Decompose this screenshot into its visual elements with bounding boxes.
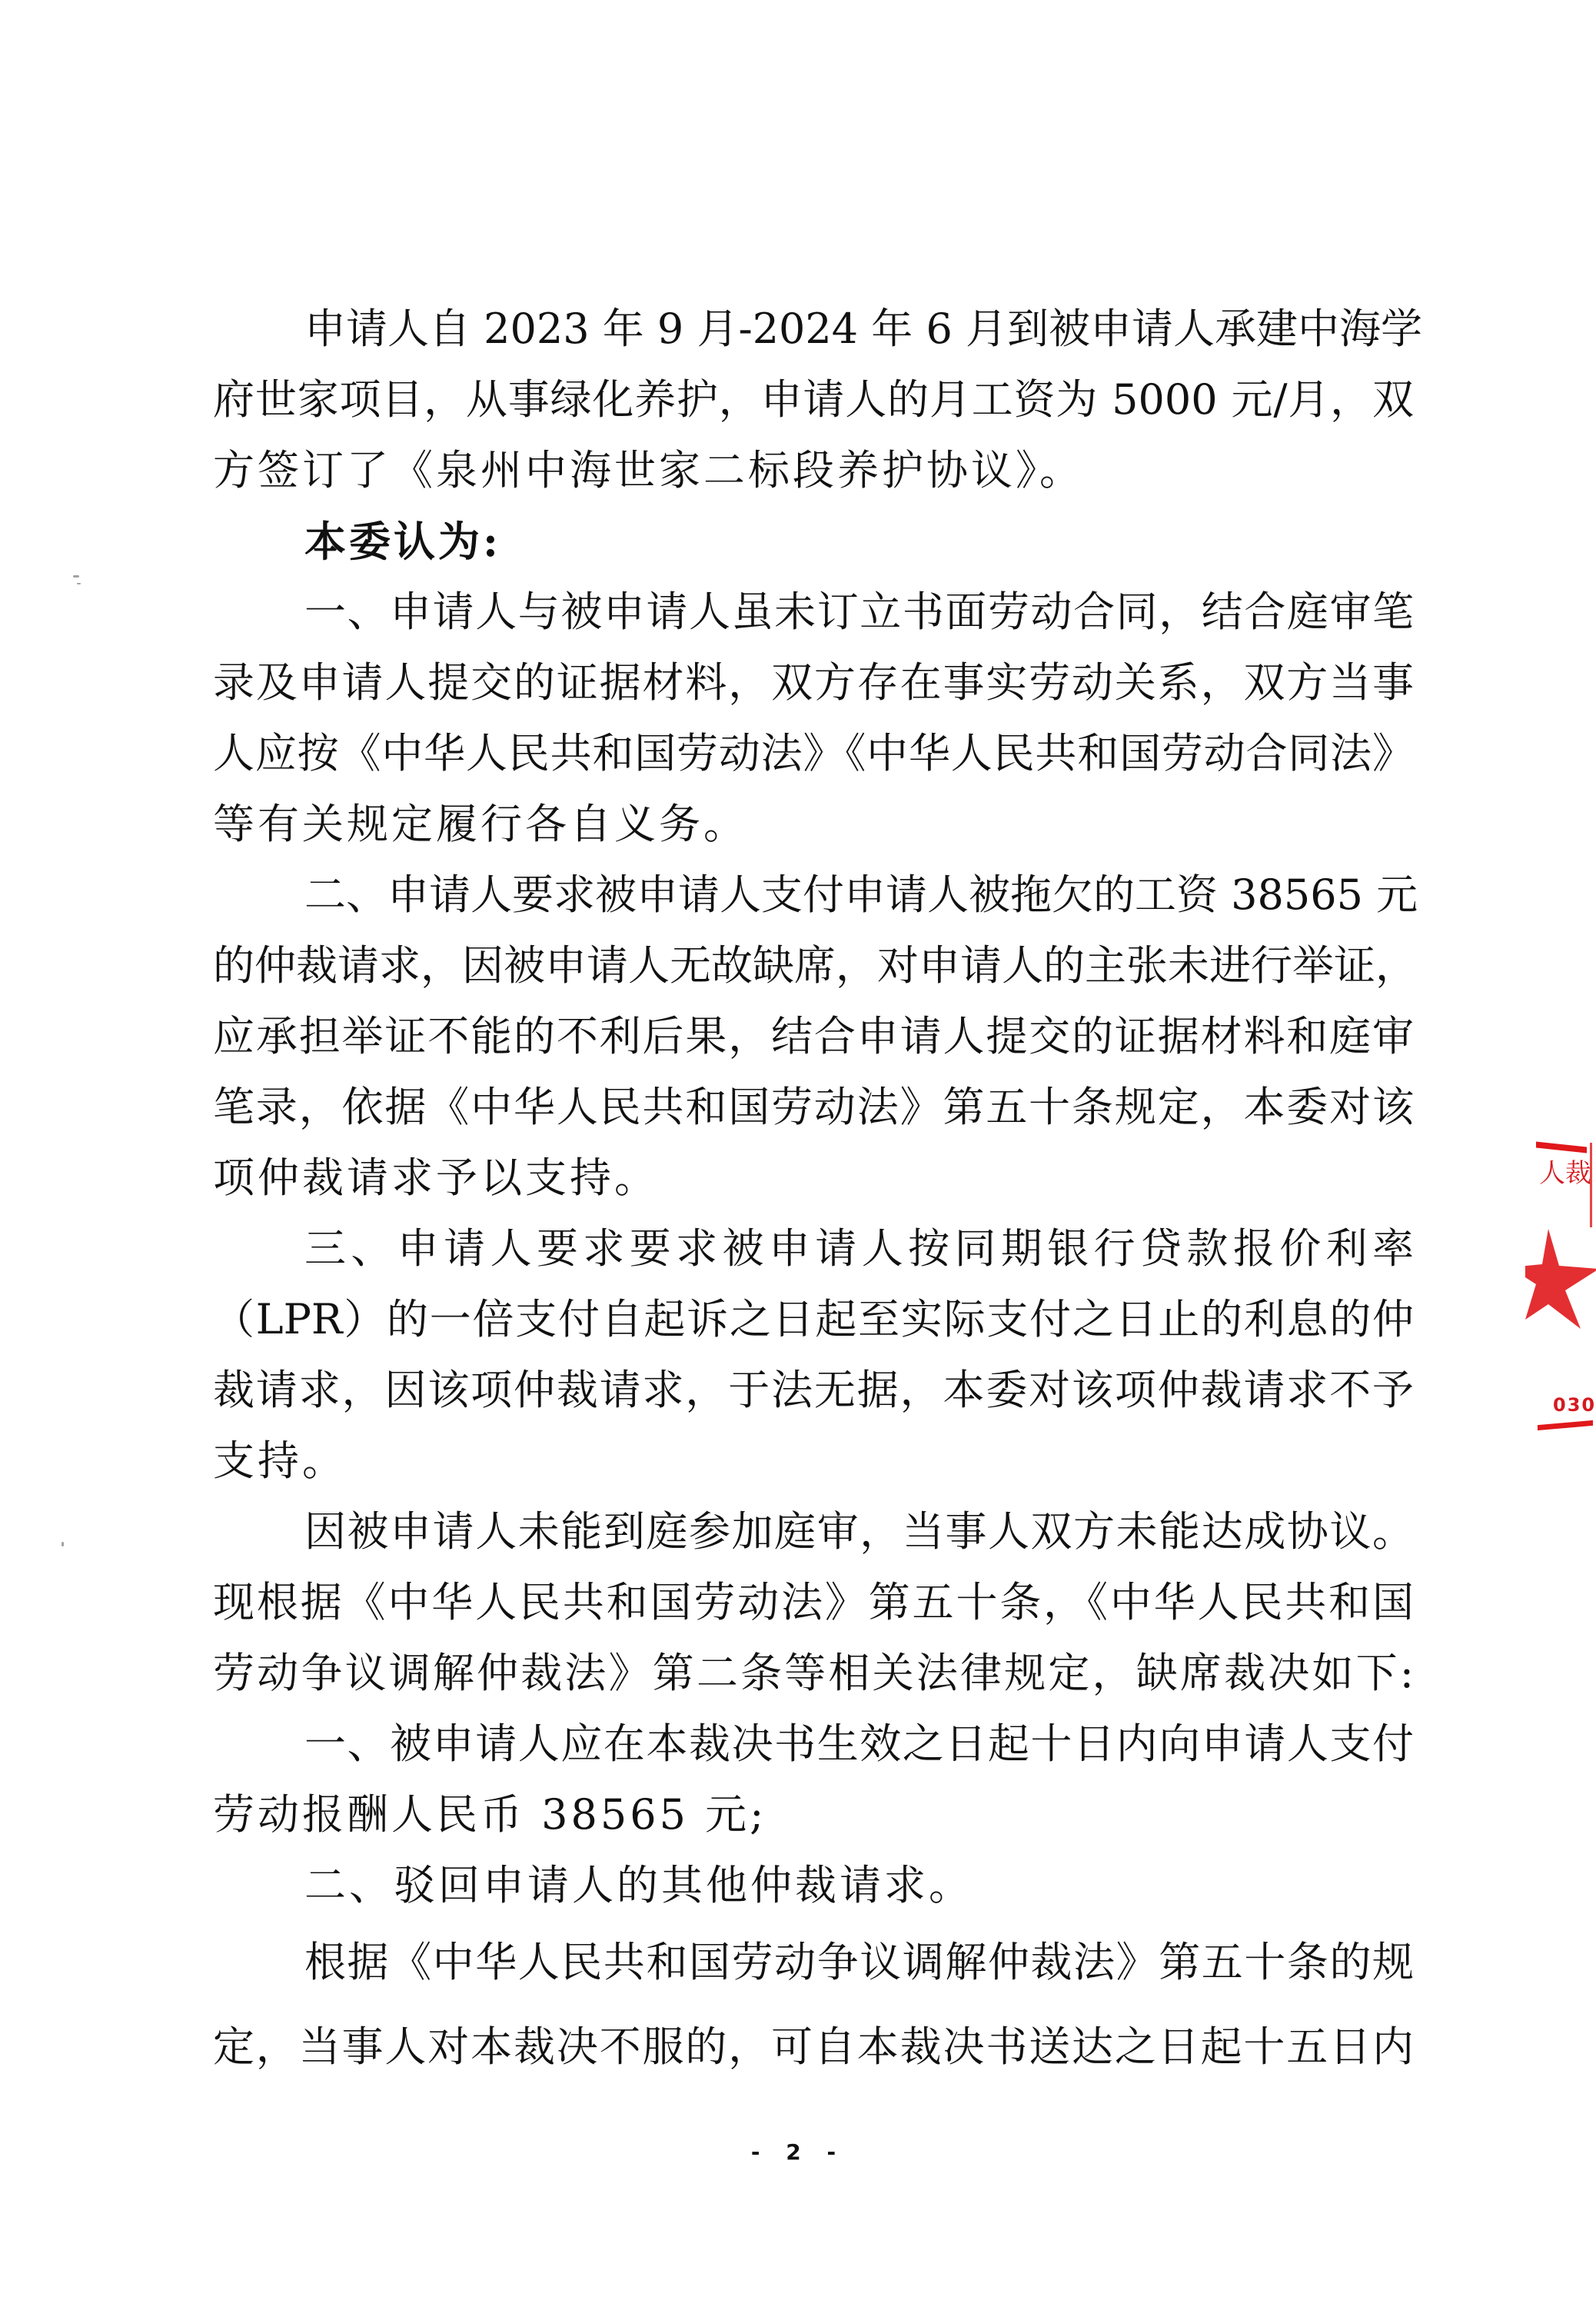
text-line: 笔录，依据《中华人民共和国劳动法》第五十条规定，本委对该 <box>213 1083 1414 1132</box>
section-heading: 本委认为: <box>304 517 1414 566</box>
ruling-item: 二、驳回申请人的其他仲裁请求。 <box>304 1861 1414 1910</box>
text-line: 二、申请人要求被申请人支付申请人被拖欠的工资 38565 元 <box>304 871 1414 920</box>
text-line: 三、申请人要求要求被申请人按同期银行贷款报价利率 <box>304 1224 1414 1273</box>
text-line: 的仲裁请求，因被申请人无故缺席，对申请人的主张未进行举证， <box>213 941 1414 990</box>
text-line: 因被申请人未能到庭参加庭审，当事人双方未能达成协议。 <box>304 1507 1414 1556</box>
scan-speck <box>73 575 79 578</box>
seal-border <box>1536 1142 1587 1153</box>
text-line: 人应按《中华人民共和国劳动法》《中华人民共和国劳动合同法》 <box>213 729 1414 778</box>
star-icon <box>1525 1229 1596 1329</box>
scan-speck <box>77 583 81 584</box>
scan-speck <box>62 1542 64 1546</box>
text-line: 裁请求，因该项仲裁请求，于法无据，本委对该项仲裁请求不予 <box>213 1366 1414 1415</box>
text-line: 录及申请人提交的证据材料，双方存在事实劳动关系，双方当事 <box>213 658 1414 707</box>
text-line: 方签订了《泉州中海世家二标段养护协议》。 <box>213 446 1414 495</box>
text-line: 根据《中华人民共和国劳动争议调解仲裁法》第五十条的规 <box>304 1938 1414 1987</box>
text-line: 一、申请人与被申请人虽未订立书面劳动合同，结合庭审笔 <box>304 588 1414 637</box>
text-line: 府世家项目，从事绿化养护，申请人的月工资为 5000 元/月，双 <box>213 375 1414 424</box>
seal-serial-number: 0300 <box>1553 1394 1596 1416</box>
text-line: 劳动报酬人民币 38565 元; <box>213 1790 1414 1839</box>
document-page: 申请人自 2023 年 9 月-2024 年 6 月到被申请人承建中海学 府世家… <box>0 0 1596 2307</box>
seal-text: 人裁 <box>1539 1158 1591 1189</box>
ruling-item: 一、被申请人应在本裁决书生效之日起十日内向申请人支付 <box>304 1719 1414 1769</box>
seal-border <box>1538 1420 1593 1430</box>
text-line: 支持。 <box>213 1436 1414 1486</box>
official-seal-partial: 人裁 0300 <box>1522 1137 1596 1444</box>
text-line: 应承担举证不能的不利后果，结合申请人提交的证据材料和庭审 <box>213 1012 1414 1061</box>
text-line: 定，当事人对本裁决不服的，可自本裁决书送达之日起十五日内 <box>213 2022 1414 2072</box>
text-line: 项仲裁请求予以支持。 <box>213 1153 1414 1203</box>
text-line: 劳动争议调解仲裁法》第二条等相关法律规定，缺席裁决如下: <box>213 1649 1414 1698</box>
text-line: （LPR）的一倍支付自起诉之日起至实际支付之日止的利息的仲 <box>213 1295 1414 1344</box>
page-number: - 2 - <box>0 2139 1596 2165</box>
text-line: 现根据《中华人民共和国劳动法》第五十条，《中华人民共和国 <box>213 1578 1414 1627</box>
text-line: 等有关规定履行各自义务。 <box>213 800 1414 849</box>
text-line: 申请人自 2023 年 9 月-2024 年 6 月到被申请人承建中海学 <box>304 305 1414 354</box>
